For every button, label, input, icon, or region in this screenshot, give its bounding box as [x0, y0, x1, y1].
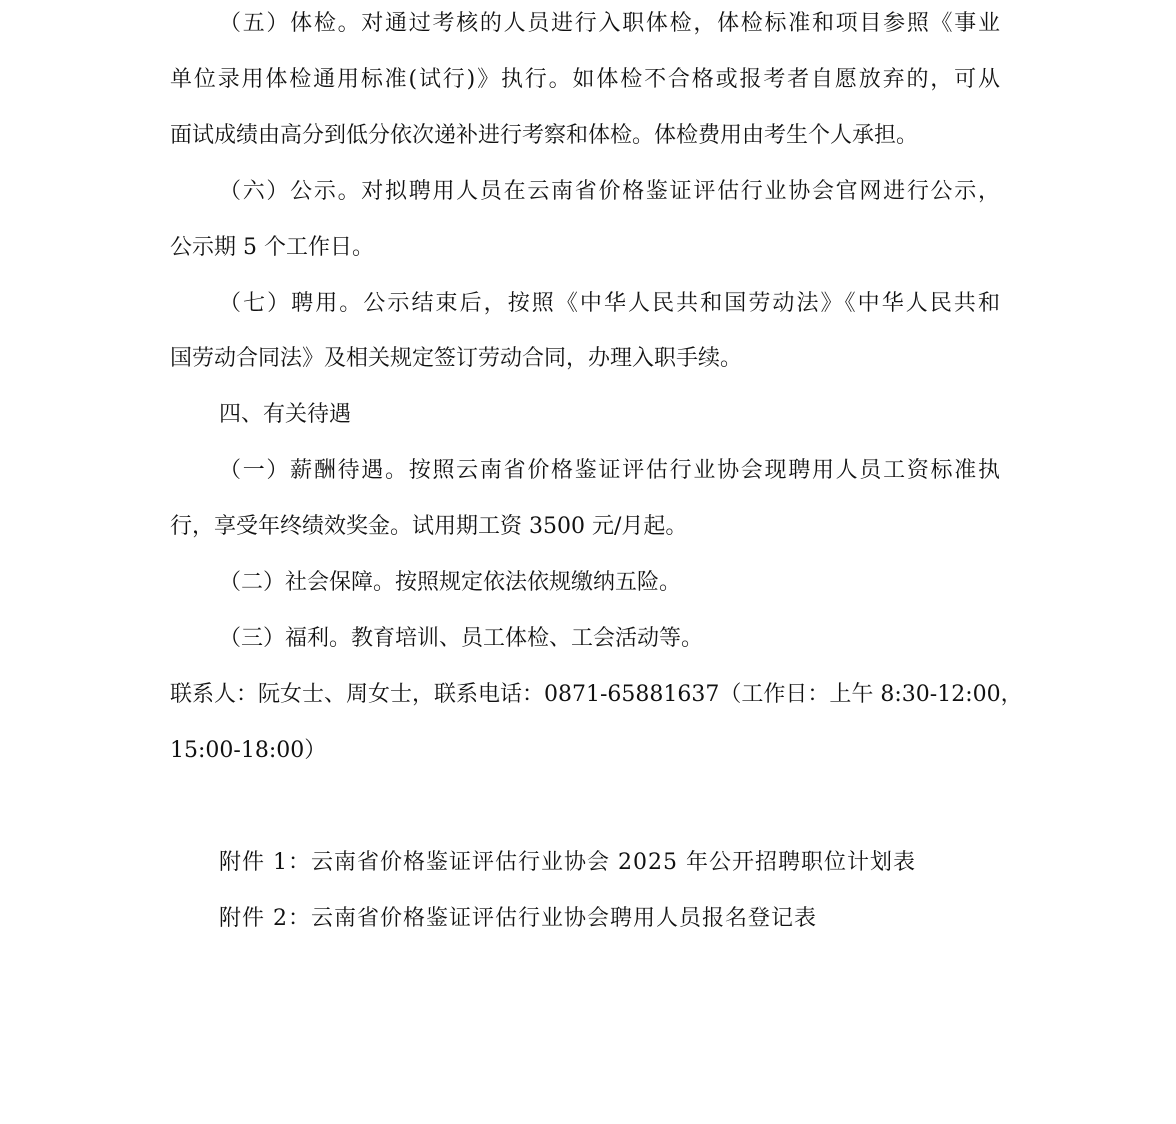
- document-page: （五）体检。对通过考核的人员进行入职体检，体检标准和项目参照《事业 单位录用体检…: [0, 0, 1176, 1124]
- paragraph-line: （七）聘用。公示结束后，按照《中华人民共和国劳动法》《中华人民共和: [219, 288, 1000, 320]
- contact-line: 联系人：阮女士、周女士，联系电话：0871-65881637（工作日：上午 8:…: [170, 679, 1000, 711]
- paragraph-line: 面试成绩由高分到低分依次递补进行考察和体检。体检费用由考生个人承担。: [170, 120, 1000, 152]
- paragraph-line: 单位录用体检通用标准(试行)》执行。如体检不合格或报考者自愿放弃的，可从: [170, 64, 1000, 96]
- paragraph-line: （五）体检。对通过考核的人员进行入职体检，体检标准和项目参照《事业: [219, 8, 1000, 40]
- section-heading: 四、有关待遇: [219, 399, 1000, 431]
- paragraph-line: 国劳动合同法》及相关规定签订劳动合同，办理入职手续。: [170, 343, 1000, 375]
- paragraph-line: （一）薪酬待遇。按照云南省价格鉴证评估行业协会现聘用人员工资标准执: [219, 455, 1000, 487]
- attachment-1: 附件 1：云南省价格鉴证评估行业协会 2025 年公开招聘职位计划表: [219, 847, 916, 879]
- paragraph-line: （二）社会保障。按照规定依法依规缴纳五险。: [219, 567, 1000, 599]
- paragraph-line: （三）福利。教育培训、员工体检、工会活动等。: [219, 623, 1000, 655]
- attachment-2: 附件 2：云南省价格鉴证评估行业协会聘用人员报名登记表: [219, 903, 817, 935]
- paragraph-line: （六）公示。对拟聘用人员在云南省价格鉴证评估行业协会官网进行公示，: [219, 176, 1000, 208]
- paragraph-line: 行，享受年终绩效奖金。试用期工资 3500 元/月起。: [170, 511, 1000, 543]
- contact-line: 15:00-18:00）: [170, 735, 1000, 767]
- paragraph-line: 公示期 5 个工作日。: [170, 232, 1000, 264]
